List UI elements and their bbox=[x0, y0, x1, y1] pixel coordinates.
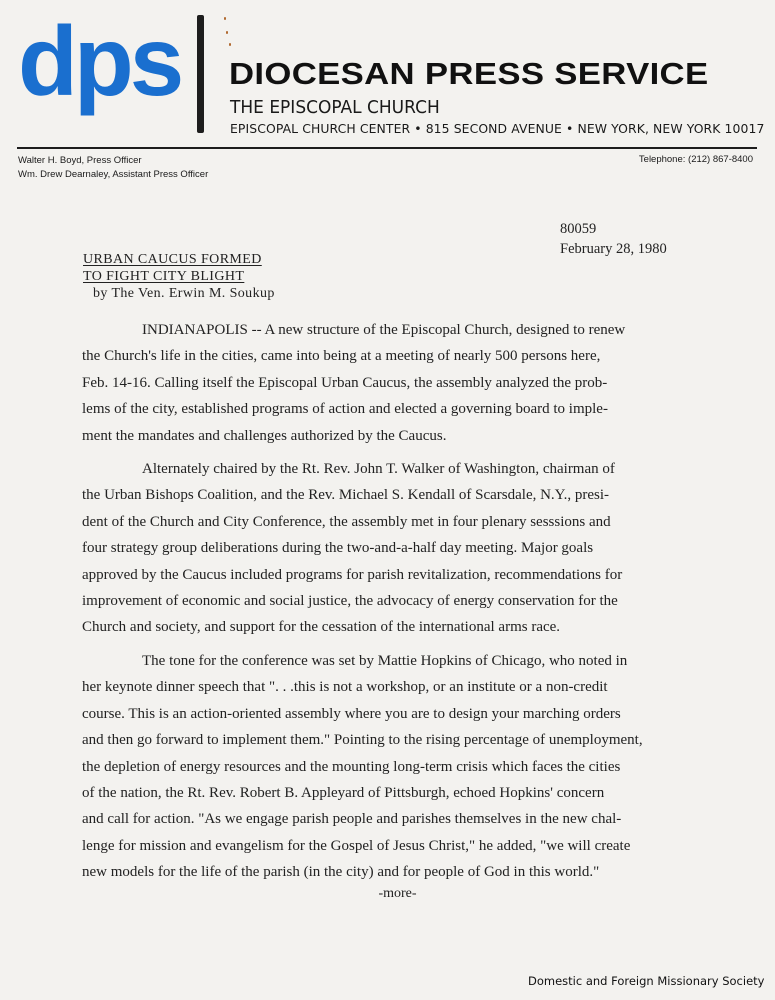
paragraph-3: The tone for the conference was set by M… bbox=[82, 648, 742, 886]
paragraph-2: Alternately chaired by the Rt. Rev. John… bbox=[82, 456, 742, 641]
article-body: INDIANAPOLIS -- A new structure of the E… bbox=[82, 317, 742, 893]
staff-assistant-press-officer: Wm. Drew Dearnaley, Assistant Press Offi… bbox=[18, 168, 208, 182]
release-info: 80059 February 28, 1980 bbox=[560, 219, 667, 259]
logo-divider bbox=[197, 15, 204, 133]
masthead-address: EPISCOPAL CHURCH CENTER • 815 SECOND AVE… bbox=[230, 121, 764, 136]
paragraph-1: INDIANAPOLIS -- A new structure of the E… bbox=[82, 317, 742, 449]
headline: URBAN CAUCUS FORMED TO FIGHT CITY BLIGHT… bbox=[83, 251, 275, 302]
paper-speck bbox=[229, 43, 231, 46]
masthead-subtitle: THE EPISCOPAL CHURCH bbox=[230, 98, 440, 119]
byline: by The Ven. Erwin M. Soukup bbox=[83, 285, 275, 302]
paper-speck bbox=[224, 17, 226, 20]
staff-press-officer: Walter H. Boyd, Press Officer bbox=[18, 154, 208, 168]
continuation-marker: -more- bbox=[0, 886, 775, 902]
release-number: 80059 bbox=[560, 219, 667, 239]
masthead-title: DIOCESAN PRESS SERVICE bbox=[229, 58, 708, 89]
telephone: Telephone: (212) 867-8400 bbox=[639, 154, 753, 165]
release-date: February 28, 1980 bbox=[560, 239, 667, 259]
headline-line-1: URBAN CAUCUS FORMED bbox=[83, 251, 275, 268]
headline-line-2: TO FIGHT CITY BLIGHT bbox=[83, 268, 275, 285]
header-rule bbox=[17, 147, 757, 149]
staff-list: Walter H. Boyd, Press Officer Wm. Drew D… bbox=[18, 154, 208, 182]
archive-watermark: Domestic and Foreign Missionary Society bbox=[528, 974, 764, 988]
paper-speck bbox=[226, 31, 228, 34]
dps-logo: dps bbox=[18, 12, 180, 110]
press-release-page: dps DIOCESAN PRESS SERVICE THE EPISCOPAL… bbox=[0, 0, 775, 1000]
